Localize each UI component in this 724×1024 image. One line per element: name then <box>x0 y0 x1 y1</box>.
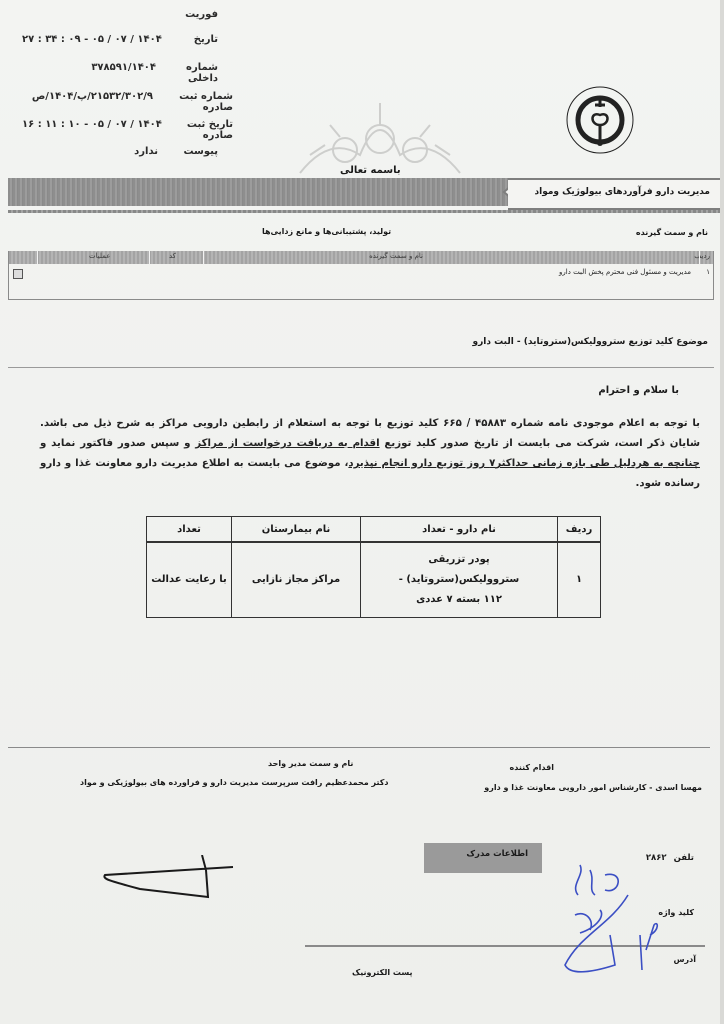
distribution-table: ردیف نام دارو - تعداد نام بیمارستان تعدا… <box>146 516 601 618</box>
basmala: باسمه تعالی <box>340 165 401 176</box>
dist-col-index: ردیف <box>558 517 601 543</box>
letter-subject: موضوع کلید توزیع ستروولیکس(ستروتاید) - ا… <box>473 337 709 347</box>
attachment-label: پیوست <box>158 146 218 157</box>
body-underline-1: اقدام به دریافت درخواست از مراکز <box>195 438 379 449</box>
header-band-fill <box>8 178 508 206</box>
ornament-icon <box>290 95 470 175</box>
dist-col-drug: نام دارو - تعداد <box>361 517 558 543</box>
dist-col-hospital: نام بیمارستان <box>232 517 361 543</box>
date-label: تاریخ <box>162 34 218 45</box>
manager-label: نام و سمت مدیر واحد <box>268 759 353 768</box>
col-name: نام و سمت گیرنده <box>369 252 423 260</box>
details-icon[interactable] <box>13 269 23 279</box>
body-part-2: و سپس صدور فاکتور نماید و <box>40 438 195 449</box>
dist-row-hospital: مراکز مجاز نازایی <box>232 542 361 618</box>
col-operations: عملیات <box>89 252 110 260</box>
issued-reg-date-value: ۱۴۰۴ / ۰۷ / ۰۵ - ۱۰ : ۱۱ : ۱۶ <box>22 119 162 141</box>
col-code: کد <box>169 252 176 260</box>
document-info-button[interactable]: اطلاعات مدرک <box>424 843 542 873</box>
dist-row-count: با رعایت عدالت <box>147 542 232 618</box>
letter-page: فوریت تاریخ ۱۴۰۴ / ۰۷ / ۰۵ - ۰۹ : ۳۴ : ۲… <box>0 0 724 1024</box>
band-underline <box>8 210 720 213</box>
drug-line-1: پودر تزریقی <box>365 550 553 570</box>
issued-reg-number-value: ۲۱۵۳۲/۳۰۲/۹/پ/۱۴۰۴/ص <box>32 91 153 113</box>
meta-attachment: پیوست ندارد <box>100 146 218 157</box>
document-info-label: اطلاعات مدرک <box>466 849 528 859</box>
dist-row-drug: پودر تزریقی ستروولیکس(ستروتاید) - ۱۱۲ بس… <box>361 542 558 618</box>
recipient-row-name: مدیریت و مسئول فنی محترم پخش البت دارو <box>559 268 691 276</box>
email-label: پست الکترونیک <box>352 968 412 977</box>
manager-signature-icon <box>100 855 250 900</box>
department-tab: مدیریت دارو فرآوردهای بیولوژیک ومواد <box>508 178 720 210</box>
drug-line-2: ستروولیکس(ستروتاید) - <box>365 570 553 590</box>
letter-body: با توجه به اعلام موجودی نامه شماره ۴۵۸۸۳… <box>40 414 700 494</box>
meta-priority: فوریت <box>40 9 218 20</box>
greeting: با سلام و احترام <box>598 385 679 396</box>
body-underline-2: چنانچه به هردلیل طی بازه زمانی حداکثر۷ ر… <box>348 458 700 469</box>
header-band: مدیریت دارو فرآوردهای بیولوژیک ومواد <box>8 178 720 206</box>
attachment-value: ندارد <box>134 146 158 157</box>
internal-number-value: ۳۷۸۵۹۱/۱۴۰۴ <box>91 62 156 84</box>
dist-col-count: تعداد <box>147 517 232 543</box>
page-edge <box>720 0 724 1024</box>
internal-number-label: شماره داخلی <box>156 62 218 84</box>
footer-divider <box>8 747 710 748</box>
subject-divider <box>8 367 714 368</box>
dist-row-index: ۱ <box>558 542 601 618</box>
handwritten-note-icon <box>550 855 660 980</box>
drug-line-3: ۱۱۲ بسته ۷ عددی <box>365 590 553 610</box>
action-name: مهسا اسدی - کارشناس امور دارویی معاونت غ… <box>484 783 702 792</box>
keyword-label: کلید واژه <box>658 908 694 917</box>
address-label: آدرس <box>674 955 697 964</box>
meta-date: تاریخ ۱۴۰۴ / ۰۷ / ۰۵ - ۰۹ : ۳۴ : ۲۷ <box>22 34 218 45</box>
issued-reg-number-label: شماره ثبت صادره <box>153 91 233 113</box>
table-row: ۱ پودر تزریقی ستروولیکس(ستروتاید) - ۱۱۲ … <box>147 542 601 618</box>
recipient-dept: تولید، پشتیبانی‌ها و مانع زدایی‌ها <box>262 227 391 236</box>
department-title: مدیریت دارو فرآوردهای بیولوژیک ومواد <box>534 187 710 197</box>
phone-label: تلفن <box>674 853 694 863</box>
university-logo-icon <box>565 85 635 155</box>
meta-issued-reg-number: شماره ثبت صادره ۲۱۵۳۲/۳۰۲/۹/پ/۱۴۰۴/ص <box>22 91 233 113</box>
meta-internal-number: شماره داخلی ۳۷۸۵۹۱/۱۴۰۴ <box>22 62 218 84</box>
action-label: اقدام کننده <box>509 763 554 772</box>
recipient-row-index: ۱ <box>706 268 710 276</box>
meta-issued-reg-date: تاریخ ثبت صادره ۱۴۰۴ / ۰۷ / ۰۵ - ۱۰ : ۱۱… <box>22 119 233 141</box>
priority-label: فوریت <box>156 9 218 20</box>
col-index: ردیف <box>694 252 710 260</box>
manager-name: دکتر محمدعظیم رافت سرپرست مدیریت دارو و … <box>80 778 388 787</box>
issued-reg-date-label: تاریخ ثبت صادره <box>162 119 233 141</box>
recipients-table-header: ردیف نام و سمت گیرنده کد عملیات <box>9 251 713 264</box>
date-value: ۱۴۰۴ / ۰۷ / ۰۵ - ۰۹ : ۳۴ : ۲۷ <box>22 34 162 45</box>
recipient-label: نام و سمت گیرنده <box>636 228 708 237</box>
recipients-table: ردیف نام و سمت گیرنده کد عملیات ۱ مدیریت… <box>8 251 714 300</box>
